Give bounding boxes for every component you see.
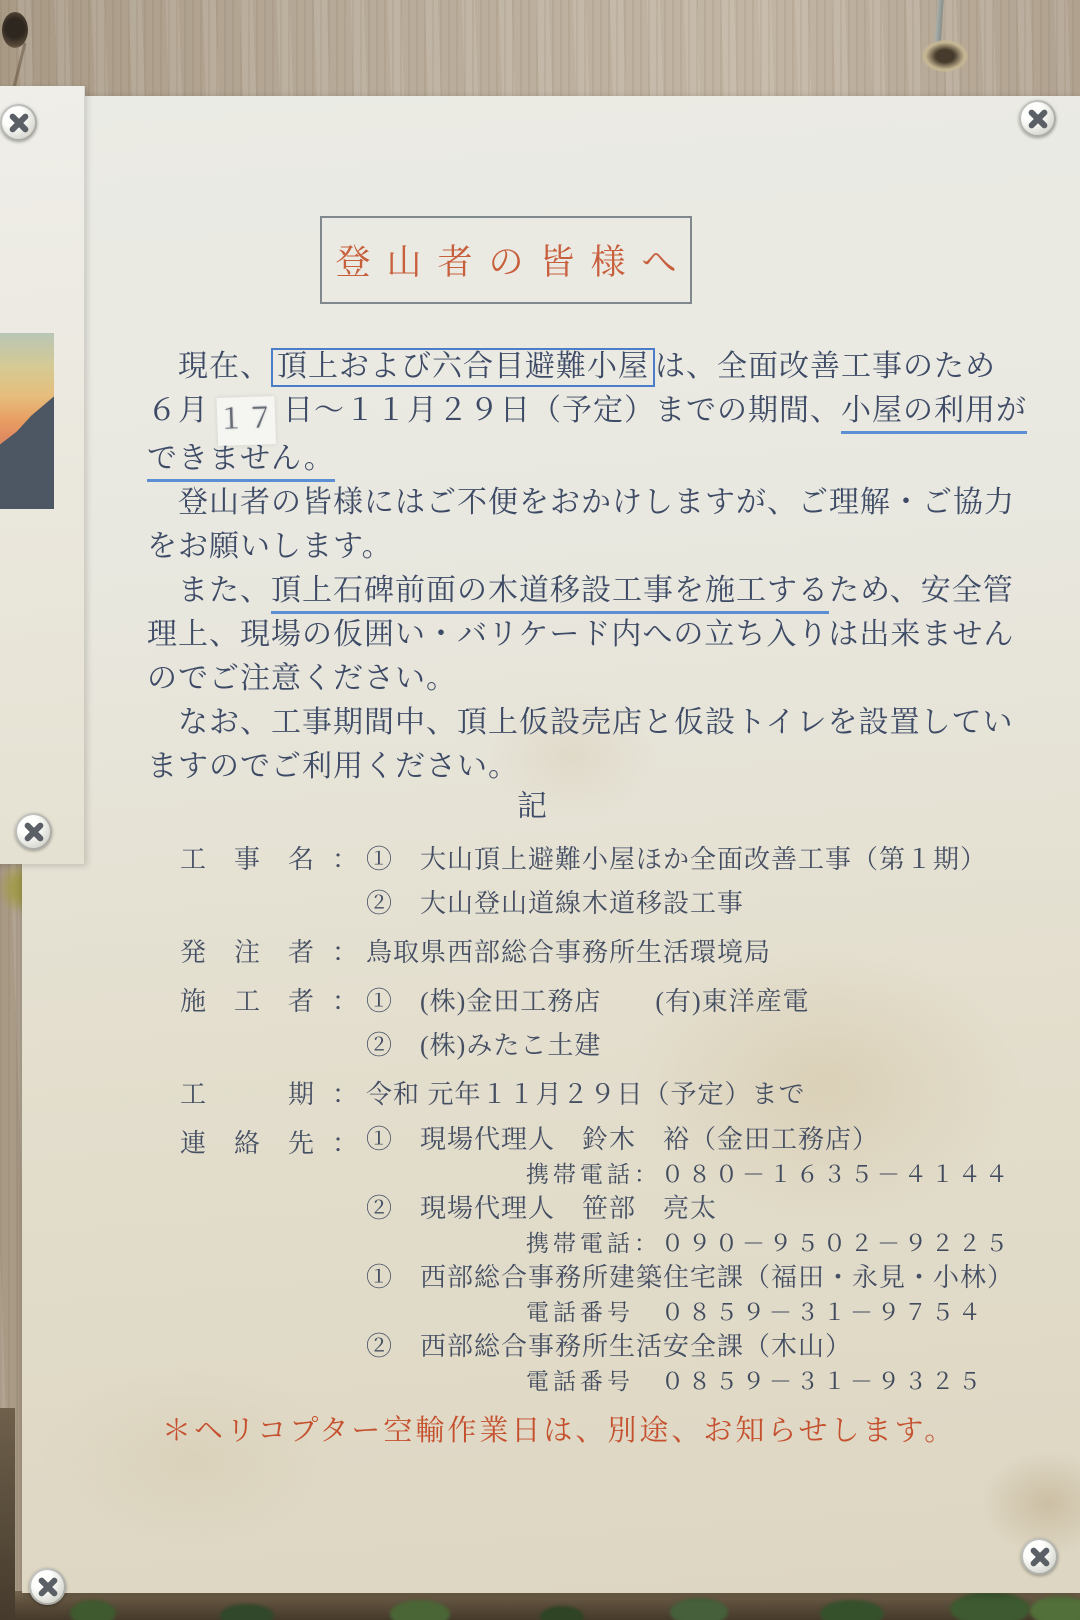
phone-number: 携帯電話：０９０－９５０２－９２２５ [526,1227,1014,1260]
detail-label: 施 工 者 [180,980,332,1024]
detail-line: ② 大山登山道線木道移設工事 [366,882,987,926]
screw-head [1019,100,1056,137]
body-line: をお願いします。 [147,525,917,569]
detail-line: ① 現場代理人 鈴木 裕（金田工務店） [366,1122,1014,1158]
detail-line: 鳥取県西部総合事務所生活環境局 [366,931,970,975]
text-segment: 理上、現場の仮囲い・バリケード内への立ち入りは出来ません [147,618,1014,651]
detail-row: 工 事 名：① 大山頂上避難小屋ほか全面改善工事（第１期）② 大山登山道線木道移… [180,838,970,926]
detail-line: ② 西部総合事務所生活安全課（木山） [366,1329,1014,1365]
detail-row: 工 期：令和 元年１１月２９日（予定）まで [180,1073,970,1117]
plant [950,1592,1030,1620]
detail-colon: ： [332,1073,366,1117]
detail-colon: ： [332,838,366,882]
text-segment: ６月 [147,394,209,427]
text-segment: ますのでご利用ください。 [147,750,519,783]
notice-details: 工 事 名：① 大山頂上避難小屋ほか全面改善工事（第１期）② 大山登山道線木道移… [180,838,970,1403]
detail-value: 令和 元年１１月２９日（予定）まで [366,1073,970,1117]
notice-body: 現在、頂上および六合目避難小屋は、全面改善工事のため６月１７日～１１月２９日（予… [147,345,917,789]
body-line: ますのでご利用ください。 [147,745,917,789]
detail-value: ① 現場代理人 鈴木 裕（金田工務店）携帯電話：０８０－１６３５－４１４４② 現… [366,1122,1014,1398]
highlighted-text: できません。 [147,442,335,482]
text-segment: のでご注意ください。 [147,662,457,695]
notice-paper: 登山者の皆様へ 現在、頂上および六合目避難小屋は、全面改善工事のため６月１７日～… [22,96,1080,1593]
body-line: また、頂上石碑前面の木道移設工事を施工するため、安全管 [147,569,917,613]
text-segment: 現在、 [147,350,271,383]
text-segment: 日～１１月２９日（予定）までの期間、 [283,394,841,427]
detail-colon: ： [332,931,366,975]
highlighted-text: 頂上および六合目避難小屋 [271,348,655,387]
wire-hole [922,40,968,72]
body-line: ６月１７日～１１月２９日（予定）までの期間、小屋の利用が [147,389,917,437]
screw-head [15,813,52,850]
detail-line: ② (株)みたこ土建 [366,1024,970,1068]
highlighted-text: 頂上石碑前面の木道移設工事を施工する [271,574,829,614]
plant [820,1600,884,1620]
detail-line: 令和 元年１１月２９日（予定）まで [366,1073,970,1117]
board-left-edge [0,1408,15,1620]
body-line: 登山者の皆様にはご不便をおかけしますが、ご理解・ご協力 [147,481,917,525]
detail-value: ① (株)金田工務店 (有)東洋産電② (株)みたこ土建 [366,980,970,1068]
detail-label: 連 絡 先 [180,1122,332,1166]
detail-colon: ： [332,980,366,1024]
footer-note: ＊ヘリコプター空輸作業日は、別途、お知らせします。 [162,1408,956,1449]
patched-date: １７ [217,403,276,436]
text-segment: ため、安全管 [829,574,1014,607]
detail-value: ① 大山頂上避難小屋ほか全面改善工事（第１期）② 大山登山道線木道移設工事 [366,838,987,926]
notice-title-box: 登山者の皆様へ [320,216,692,304]
highlighted-text: 小屋の利用が [841,394,1027,434]
detail-label: 発 注 者 [180,931,332,975]
detail-label: 工 期 [180,1073,332,1117]
phone-number: 電話番号 ０８５９－３１－９３２５ [526,1365,1014,1398]
screw-head [1021,1538,1058,1575]
detail-label: 工 事 名 [180,838,332,882]
text-segment: 登山者の皆様にはご不便をおかけしますが、ご理解・ご協力 [147,486,1015,519]
detail-row: 施 工 者：① (株)金田工務店 (有)東洋産電② (株)みたこ土建 [180,980,970,1068]
detail-line: ② 現場代理人 笹部 亮太 [366,1191,1014,1227]
detail-row: 発 注 者：鳥取県西部総合事務所生活環境局 [180,931,970,975]
screw-head [0,104,37,141]
notice-title: 登山者の皆様へ [320,235,693,285]
detail-value: 鳥取県西部総合事務所生活環境局 [366,931,970,975]
plant [670,1598,728,1620]
text-segment: をお願いします。 [147,530,393,563]
text-segment: は、全面改善工事のため [655,350,996,383]
plant [70,1600,116,1620]
side-paper [0,86,85,864]
plant [1030,1596,1080,1620]
body-line: 理上、現場の仮囲い・バリケード内への立ち入りは出来ません [147,613,917,657]
detail-row: 連 絡 先：① 現場代理人 鈴木 裕（金田工務店）携帯電話：０８０－１６３５－４… [180,1122,970,1398]
text-segment: なお、工事期間中、頂上仮設売店と仮設トイレを設置してい [147,706,1014,739]
detail-line: ① 大山頂上避難小屋ほか全面改善工事（第１期） [366,838,987,882]
phone-number: 携帯電話：０８０－１６３５－４１４４ [526,1158,1014,1191]
body-line: のでご注意ください。 [147,657,917,701]
detail-line: ① 西部総合事務所建築住宅課（福田・永見・小林） [366,1260,1014,1296]
bulletin-board-photo: 登山者の皆様へ 現在、頂上および六合目避難小屋は、全面改善工事のため６月１７日～… [0,0,1080,1620]
detail-colon: ： [332,1122,366,1166]
text-segment: また、 [147,574,271,607]
screw-head [29,1568,66,1605]
body-line: なお、工事期間中、頂上仮設売店と仮設トイレを設置してい [147,701,917,745]
sunset-photo [0,333,54,509]
detail-line: ① (株)金田工務店 (有)東洋産電 [366,980,970,1024]
ki-heading: 記 [147,785,917,829]
phone-number: 電話番号 ０８５９－３１－９７５４ [526,1296,1014,1329]
correction-patch: １７ [216,396,276,446]
body-line: 現在、頂上および六合目避難小屋は、全面改善工事のため [147,345,917,389]
